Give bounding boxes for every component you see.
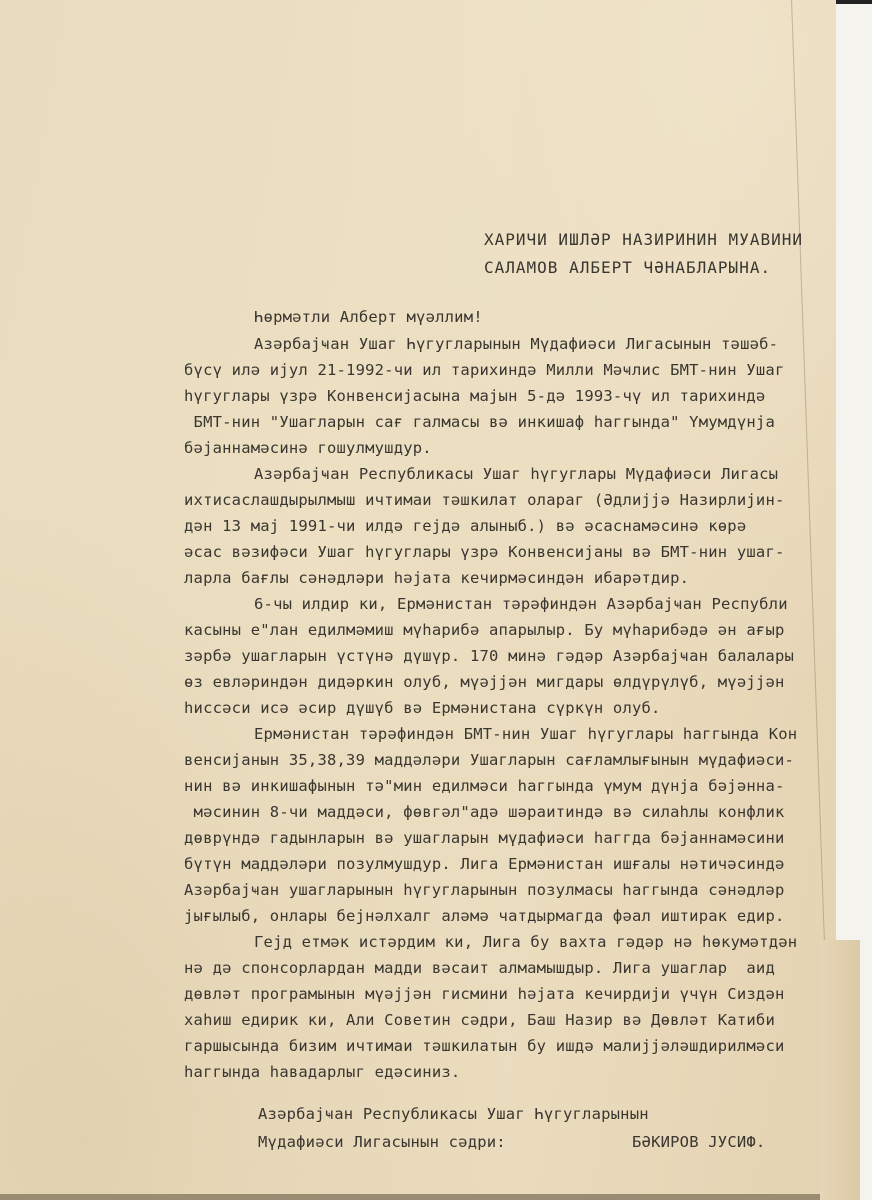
body-line: мәсинин 8-чи маддәси, фөвгәл"адә шәраити…: [184, 803, 785, 821]
scan-shadow: [836, 0, 872, 4]
body-line: Гејд етмәк истәрдим ки, Лига бу вахта гә…: [254, 933, 797, 951]
page-edge: [0, 1194, 836, 1200]
body-line: Азәрбајҹан Республикасы Ушаг һүгуглары М…: [254, 465, 778, 484]
body-line: ихтисаслашдырылмыш ичтимаи тәшкилат олар…: [184, 491, 785, 509]
body-line: һаггында һавадарлыг едәсиниз.: [184, 1063, 460, 1081]
body-line: БМТ-нин "Ушагларын сағ галмасы вә инкиша…: [184, 413, 775, 431]
body-line: 6-чы илдир ки, Ермәнистан тәрәфиндән Азә…: [254, 595, 788, 614]
body-line: ларла бағлы сәнәдләри һәјата кечирмәсинд…: [184, 569, 689, 587]
body-line: дөврүндә гадынларын вә ушагларын мүдафиә…: [184, 829, 785, 847]
body-line: өз евләриндән дидәркин олуб, мүәјјән миг…: [184, 673, 785, 691]
body-line: һиссәси исә әсир дүшүб вә Ермәнистана сү…: [184, 699, 661, 717]
body-line: хаһиш едирик ки, Али Советин сәдри, Баш …: [184, 1011, 775, 1029]
body-line: әсас вәзифәси Ушаг һүгуглары үзрә Конвен…: [184, 543, 785, 561]
body-line: бүсү илә ијул 21-1992-чи ил тарихиндә Ми…: [184, 361, 784, 380]
body-line: Азәрбајҹан Ушаг Һүгугларынын Мүдафиәси Л…: [254, 335, 778, 354]
body-line: венсијанын 35,38,39 маддәләри Ушагларын …: [184, 751, 794, 769]
addressee-line-1: ХАРИЧИ ИШЛƏР НАЗИРИНИН МУАВИНИ: [484, 230, 803, 249]
salutation: Һөрмәтли Алберт мүәллим!: [254, 308, 483, 326]
body-line: нә дә спонсорлардан мадди вәсаит алмамыш…: [184, 959, 775, 977]
body-line: дөвләт програмынын мүәјјән гисмини һәјат…: [184, 985, 785, 1003]
page-curl: [820, 940, 860, 1200]
body-line: бүтүн маддәләри позулмушдур. Лига Ермәни…: [184, 855, 785, 873]
body-line: гаршысында бизим ичтимаи тәшкилатын бу и…: [184, 1037, 785, 1055]
body-line: јығылыб, онлары бејнәлхалг аләмә чатдырм…: [184, 907, 785, 925]
body-line: Ермәнистан тәрәфиндән БМТ-нин Ушаг һүгуг…: [254, 725, 797, 743]
body-line: зәрбә ушагларын үстүнә дүшүр. 170 минә г…: [184, 647, 794, 666]
body-line: дән 13 мај 1991-чи илдә гејдә алыныб.) в…: [184, 517, 746, 535]
signature-org-line-1: Азәрбајҹан Республикасы Ушаг Һүгугларыны…: [258, 1105, 649, 1124]
signature-org-line-2: Мүдафиәси Лигасынын сәдри:: [258, 1133, 506, 1151]
body-line: бәјаннамәсинә гошулмушдур.: [184, 439, 432, 457]
signatory-name: БӘКИРОВ ЈУСИФ.: [632, 1133, 765, 1151]
body-line: һүгуглары үзрә Конвенсијасына мајын 5-дә…: [184, 387, 765, 405]
body-line: Азәрбајҹан ушагларынын һүгугларынын позу…: [184, 881, 784, 900]
body-line: касыны е"лан едилмәмиш мүһарибә апарылыр…: [184, 621, 785, 639]
addressee-line-2: САЛАМОВ АЛБЕРТ ЧƏНАБЛАРЫНА.: [484, 258, 771, 277]
body-line: нин вә инкишафынын тә"мин едилмәси һаггы…: [184, 777, 785, 795]
document-page: ХАРИЧИ ИШЛƏР НАЗИРИНИН МУАВИНИ САЛАМОВ А…: [0, 0, 836, 1200]
